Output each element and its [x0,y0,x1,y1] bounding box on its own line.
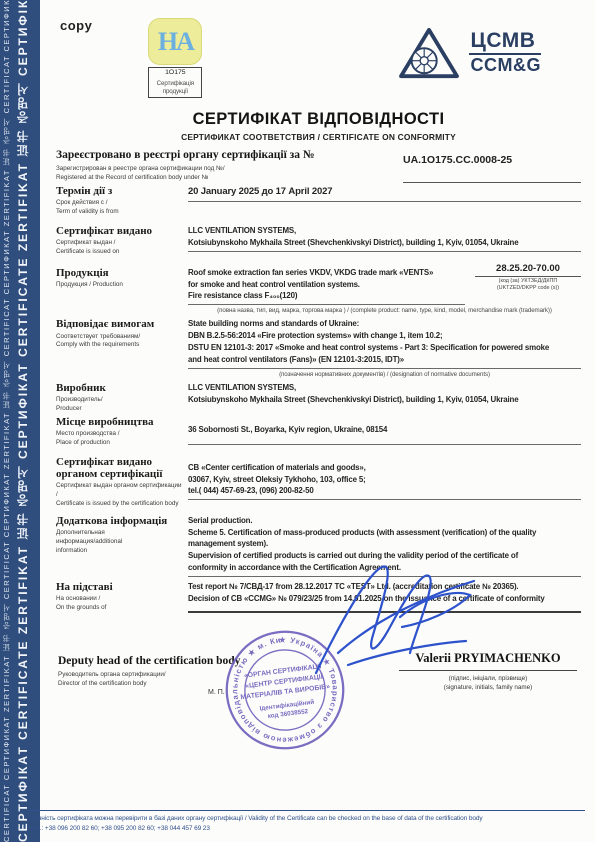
additional-sublabel: Дополнительная информация/additional inf… [56,529,182,555]
org-logo-cyrillic: ЦСМВ [469,30,542,54]
field-compliance: Відповідає вимогам Соответствует требова… [56,318,581,377]
field-production: Продукція Продукция / Production Roof sm… [56,267,581,315]
page-title: СЕРТИФІКАТ ВІДПОВІДНОСТІ [56,110,581,129]
naau-code: 1O175 [155,69,195,78]
issued-to-label: Сертифікат видано [56,225,182,237]
production-label: Продукція [56,267,182,279]
cert-body-sublabel: Сертификат выдан органом сертификации / … [56,482,182,508]
naau-accreditation-mark: НА 1O175 Сертифікація продукції [148,18,202,98]
place-sublabel: Место производства / Place of production [56,430,182,448]
field-additional: Додаткова інформація Дополнительная инфо… [56,515,581,577]
footer-phones: тел.: +38 096 200 82 60; +38 095 200 82 … [30,824,585,834]
field-issued-to: Сертифікат видано Сертификат выдан / Cer… [56,225,581,257]
copy-watermark: copy [60,18,92,33]
compliance-caption: (позначення нормативних документів) / (d… [188,371,581,378]
round-stamp-seal: ★ Україна ★ Товариство з обмеженою відпо… [215,620,355,760]
place-label: Місце виробництва [56,416,182,428]
validity-label: Термін дії з [56,185,182,197]
compliance-sublabel: Соответствует требованиям/ Comply with t… [56,333,182,351]
fields: Зареєстровано в реєстрі органу сертифіка… [56,149,581,613]
field-producer: Виробник Производитель/ Producer LLC VEN… [56,382,581,414]
page-subtitle: СЕРТИФИКАТ СООТВЕТСТВИЯ / CERTIFICATE ON… [56,132,581,142]
signature-section: Deputy head of the certification body Ру… [56,617,581,759]
compliance-value: State building norms and standards of Uk… [188,318,581,368]
registration-label-block: Зареєстровано в реєстрі органу сертифіка… [56,149,403,183]
org-logo-text: ЦСМВ CCM&G [469,30,542,75]
production-caption: (повна назва, тип, вид, марка, торгова м… [188,307,581,314]
side-band-text-large: СЕРТИФІКАТ CERTIFICATE ZERTIFIKAT 证书 증명서… [17,0,37,842]
header: copy НА 1O175 Сертифікація продукції [56,0,581,108]
cert-body-label: Сертифікат видано органом сертифікації [56,456,182,481]
issued-to-sublabel: Сертификат выдан / Certificate is issued… [56,239,182,257]
signatory-name-block: Valerii PRYIMACHENKO (підпис, ініціали, … [399,651,577,693]
grounds-value: Test report № 7/СВД-17 from 28.12.2017 T… [188,581,581,613]
compliance-label: Відповідає вимогам [56,318,182,330]
uktzed-code-caption: (код (за) УКТЗЕД/ДКПП (UKTZED/DKPP code … [475,278,581,293]
naau-logo-icon: НА [148,18,202,65]
cert-body-value: CB «Center certification of materials an… [188,456,581,501]
validity-sublabel: Срок действия с / Term of validity is fr… [56,199,182,217]
grounds-label: На підставі [56,581,182,593]
field-place: Місце виробництва Место производства / P… [56,416,581,448]
naau-code-box: 1O175 Сертифікація продукції [148,67,202,98]
issued-to-value: LLC VENTILATION SYSTEMS, Kotsiubynskoho … [188,225,581,252]
triangle-gear-icon [398,26,460,80]
field-cert-body: Сертифікат видано органом сертифікації С… [56,456,581,509]
production-code-block: 28.25.20-70.00 (код (за) УКТЗЕД/ДКПП (UK… [475,263,581,306]
registration-sublabel: Зарегистрирован в реестре органа сертифи… [56,164,403,183]
production-sublabel: Продукция / Production [56,281,182,290]
production-value: Roof smoke extraction fan series VKDV, V… [188,267,465,306]
field-grounds: На підставі На основании / On the ground… [56,581,581,613]
producer-label: Виробник [56,382,182,394]
side-band-text-small: CERTIFICAT СЕРТИФИКАТ ZERTIFIKAT 证书 증명서 … [3,0,15,842]
uktzed-code: 28.25.20-70.00 [475,263,581,277]
additional-label: Додаткова інформація [56,515,182,527]
field-registration: Зареєстровано в реєстрі органу сертифіка… [56,149,581,183]
side-band: CERTIFICAT СЕРТИФИКАТ ZERTIFIKAT 证书 증명서 … [0,0,40,842]
validity-value: 20 January 2025 до 17 April 2027 [188,185,581,202]
certificate-page: CERTIFICAT СЕРТИФИКАТ ZERTIFIKAT 证书 증명서 … [0,0,595,842]
footer-validity-note: Чинність сертифіката можна перевірити в … [30,814,585,824]
signatory-name: Valerii PRYIMACHENKO [399,651,577,671]
registration-label: Зареєстровано в реєстрі органу сертифіка… [56,149,403,161]
naau-caption: Сертифікація продукції [155,80,195,96]
title-block: СЕРТИФІКАТ ВІДПОВІДНОСТІ СЕРТИФИКАТ СООТ… [56,110,581,142]
footer: Чинність сертифіката можна перевірити в … [30,810,585,834]
signatory-name-caption: (підпис, ініціали, прізвище) (signature,… [399,674,577,693]
place-value: 36 Sobornosti St., Boyarka, Kyiv region,… [188,416,581,445]
certificate-content: copy НА 1O175 Сертифікація продукції [56,0,581,759]
producer-value: LLC VENTILATION SYSTEMS, Kotsiubynskoho … [188,382,581,406]
certification-body-logo: ЦСМВ CCM&G [398,26,542,80]
additional-value: Serial production. Scheme 5. Certificati… [188,515,581,577]
registration-number: UA.1O175.CC.0008-25 [403,154,581,183]
org-logo-latin: CCM&G [469,55,542,76]
grounds-sublabel: На основании / On the grounds of [56,595,182,613]
producer-sublabel: Производитель/ Producer [56,396,182,414]
field-validity: Термін дії з Срок действия с / Term of v… [56,185,581,217]
